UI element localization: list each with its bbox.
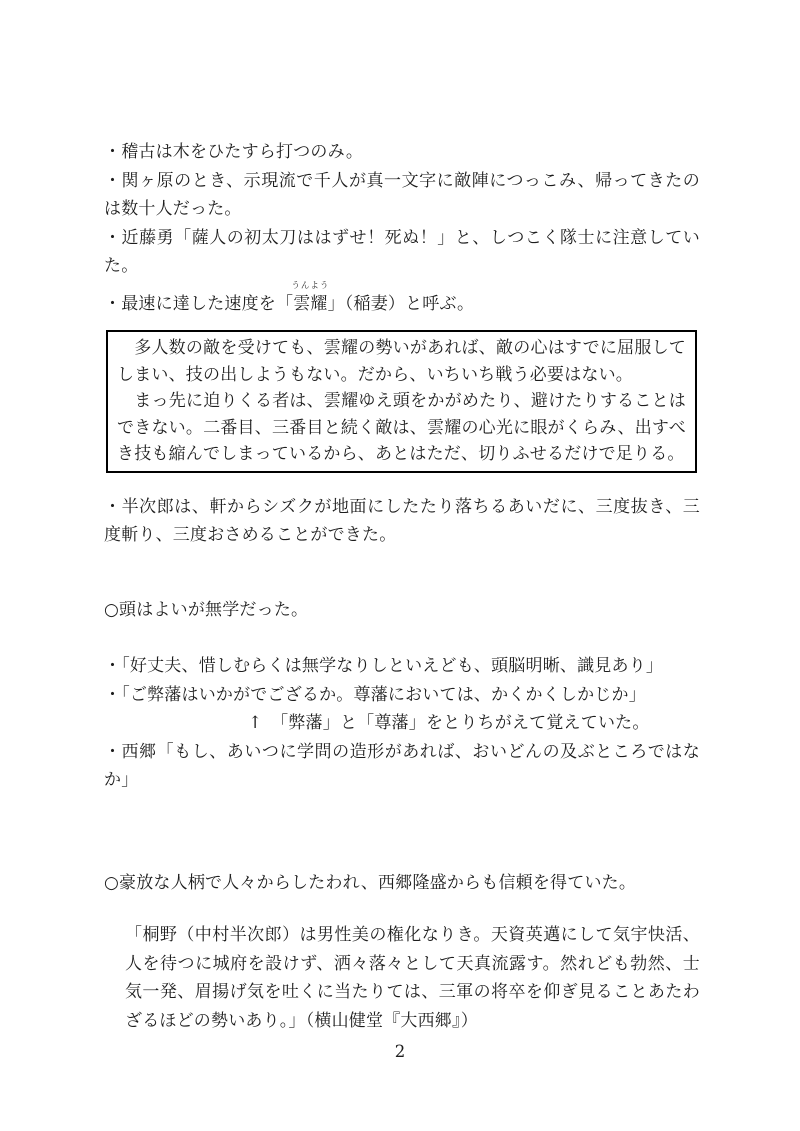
arrow-annotation: ↑ 「弊藩」と「尊藩」をとりちがえて覚えていた。 bbox=[104, 709, 700, 738]
bullet-line-heihan: ・「ご弊藩はいかがでござるか。尊藩においては、かくかくしかじか」 bbox=[104, 681, 700, 710]
boxed-note-paragraph-1: 多人数の敵を受けても、雲耀の勢いがあれば、敵の心はすでに屈服してしまい、技の出し… bbox=[117, 335, 686, 388]
bullet-line-hanjiro: ・半次郎は、軒からシズクが地面にしたたり落ちるあいだに、三度抜き、三度斬り、三度… bbox=[104, 493, 700, 550]
furigana-text: うんよう bbox=[291, 282, 329, 291]
section-heading-goho: ○豪放な人柄で人々からしたわれ、西郷隆盛からも信頼を得ていた。 bbox=[104, 869, 700, 898]
page-number: 2 bbox=[0, 1042, 800, 1061]
unyo-word-with-furigana: うんよう雲耀 bbox=[293, 290, 327, 319]
bullet-line-kondo: ・近藤勇「薩人の初太刀ははずせ！死ぬ！」と、しつこく隊士に注意していた。 bbox=[104, 224, 700, 281]
unyo-word: 雲耀 bbox=[293, 294, 327, 314]
unyo-prefix: ・最速に達した速度を「 bbox=[104, 294, 293, 314]
bullet-line-saigo: ・西郷「もし、あいつに学問の造形があれば、おいどんの及ぶところではなか」 bbox=[104, 738, 700, 795]
bullet-line-kojobu: ・「好丈夫、惜しむらくは無学なりしといえども、頭脳明晰、識見あり」 bbox=[104, 652, 700, 681]
bullet-line-keiko: ・稽古は木をひたすら打つのみ。 bbox=[104, 138, 700, 167]
boxed-note: 多人数の敵を受けても、雲耀の勢いがあれば、敵の心はすでに屈服してしまい、技の出し… bbox=[106, 330, 697, 473]
bullet-line-sekigahara: ・関ヶ原のとき、示現流で千人が真一文字に敵陣につっこみ、帰ってきたのは数十人だっ… bbox=[104, 167, 700, 224]
document-page: ・稽古は木をひたすら打つのみ。 ・関ヶ原のとき、示現流で千人が真一文字に敵陣につ… bbox=[0, 0, 800, 1131]
kirino-quote-text: 「桐野（中村半次郎）は男性美の権化なりき。天資英邁にして気宇快活、人を待つに城府… bbox=[125, 921, 700, 1035]
bullet-line-unyo: ・最速に達した速度を「うんよう雲耀」（稲妻）と呼ぶ。 bbox=[104, 290, 700, 319]
section-heading-mugaku: ○頭はよいが無学だった。 bbox=[104, 596, 700, 625]
boxed-note-paragraph-2: まっ先に迫りくる者は、雲耀ゆえ頭をかがめたり、避けたりすることはできない。二番目… bbox=[117, 388, 686, 468]
unyo-suffix: 」（稲妻）と呼ぶ。 bbox=[328, 294, 475, 314]
mugaku-bullet-group: ・「好丈夫、惜しむらくは無学なりしといえども、頭脳明晰、識見あり」 ・「ご弊藩は… bbox=[104, 652, 700, 795]
kirino-quote-block: 「桐野（中村半次郎）は男性美の権化なりき。天資英邁にして気宇快活、人を待つに城府… bbox=[125, 921, 700, 1035]
